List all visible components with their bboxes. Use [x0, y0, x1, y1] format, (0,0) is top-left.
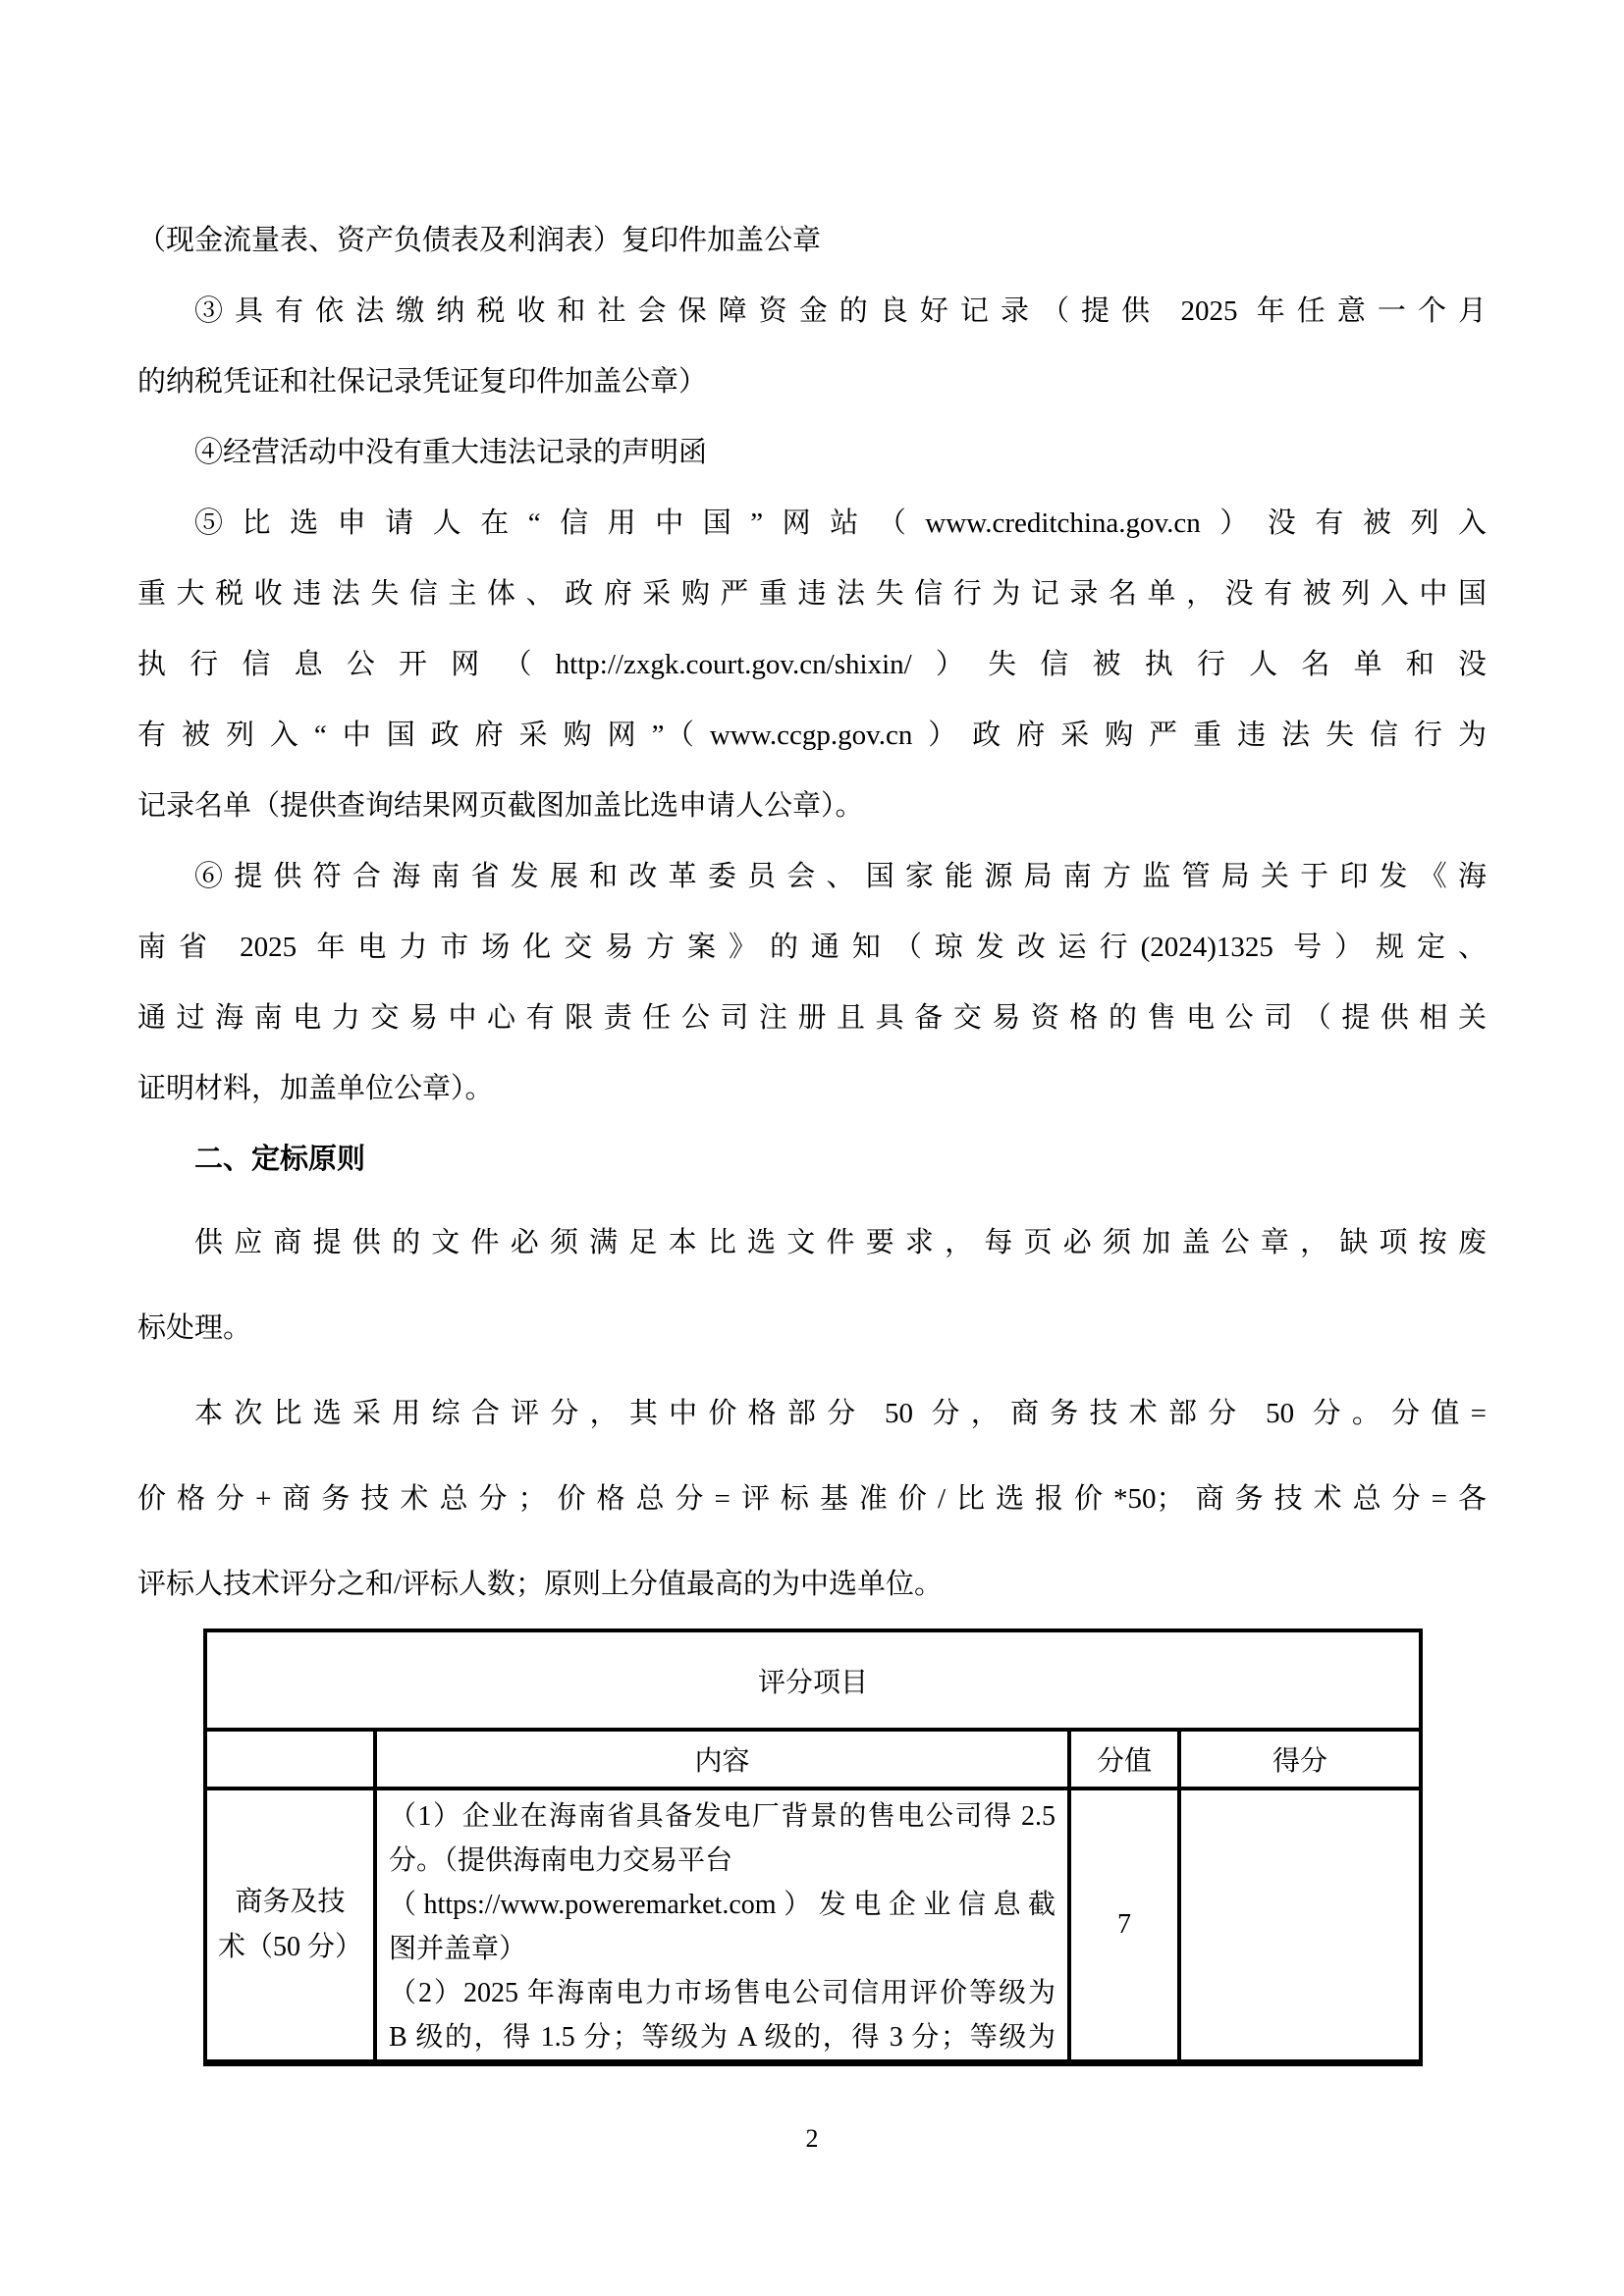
body-section-2: 供应商提供的文件必须满足本比选文件要求，每页必须加盖公章，缺项按废 标处理。 本… — [137, 1201, 1487, 1628]
body-section-1: （现金流量表、资产负债表及利润表）复印件加盖公章 ③具有依法缴纳税收和社会保障资… — [137, 205, 1487, 1195]
content-line: 图并盖章） — [389, 1927, 1056, 1971]
paragraph-line: 南省 2025 年电力市场化交易方案》的通知（琼发改运行(2024)1325 号… — [137, 912, 1487, 983]
content-line: 分。（提供海南电力交易平台 — [389, 1839, 1056, 1883]
section-heading: 二、定标原则 — [137, 1124, 1487, 1195]
table-title: 评分项目 — [205, 1630, 1421, 1730]
paragraph-line: 有被列入“中国政府采购网”（www.ccgp.gov.cn）政府采购严重违法失信… — [137, 700, 1487, 771]
paragraph-line: ④经营活动中没有重大违法记录的声明函 — [137, 417, 1487, 488]
earned-cell — [1179, 1789, 1421, 2063]
paragraph-line: 重大税收违法失信主体、政府采购严重违法失信行为记录名单，没有被列入中国 — [137, 559, 1487, 629]
column-header-content: 内容 — [375, 1730, 1069, 1789]
paragraph-line: （现金流量表、资产负债表及利润表）复印件加盖公章 — [137, 205, 1487, 276]
paragraph-line: 的纳税凭证和社保记录凭证复印件加盖公章） — [137, 347, 1487, 417]
category-line: 商务及技 — [207, 1880, 373, 1925]
table-header-row: 内容 分值 得分 — [205, 1730, 1421, 1789]
document-page: （现金流量表、资产负债表及利润表）复印件加盖公章 ③具有依法缴纳税收和社会保障资… — [0, 0, 1624, 2296]
paragraph-line: 本次比选采用综合评分，其中价格部分 50 分，商务技术部分 50 分。分值= — [137, 1371, 1487, 1457]
category-cell: 商务及技 术（50 分） — [205, 1789, 375, 2063]
paragraph-line: 标处理。 — [137, 1286, 1487, 1371]
paragraph-line: ⑤比选申请人在“信用中国”网站（www.creditchina.gov.cn）没… — [137, 488, 1487, 559]
column-header-earned: 得分 — [1179, 1730, 1421, 1789]
paragraph-line: 评标人技术评分之和/评标人数；原则上分值最高的为中选单位。 — [137, 1542, 1487, 1628]
content-line: B 级的，得 1.5 分；等级为 A 级的，得 3 分；等级为 — [389, 2015, 1056, 2059]
paragraph-line: 记录名单（提供查询结果网页截图加盖比选申请人公章）。 — [137, 771, 1487, 841]
page-number: 2 — [0, 2123, 1624, 2155]
paragraph-line: ③具有依法缴纳税收和社会保障资金的良好记录（提供 2025 年任意一个月 — [137, 276, 1487, 347]
content-line: （https://www.poweremarket.com）发电企业信息截 — [389, 1883, 1056, 1927]
content-line: （1）企业在海南省具备发电厂背景的售电公司得 2.5 — [389, 1794, 1056, 1839]
table-title-row: 评分项目 — [205, 1630, 1421, 1730]
content-cell: （1）企业在海南省具备发电厂背景的售电公司得 2.5 分。（提供海南电力交易平台… — [375, 1789, 1069, 2063]
paragraph-line: 证明材料，加盖单位公章）。 — [137, 1053, 1487, 1124]
content-text: （1）企业在海南省具备发电厂背景的售电公司得 2.5 分。（提供海南电力交易平台… — [377, 1790, 1067, 2059]
body-text: （现金流量表、资产负债表及利润表）复印件加盖公章 ③具有依法缴纳税收和社会保障资… — [137, 205, 1487, 1628]
table-row: 商务及技 术（50 分） （1）企业在海南省具备发电厂背景的售电公司得 2.5 … — [205, 1789, 1421, 2063]
paragraph-line: ⑥提供符合海南省发展和改革委员会、国家能源局南方监管局关于印发《海 — [137, 841, 1487, 912]
paragraph-line: 供应商提供的文件必须满足本比选文件要求，每页必须加盖公章，缺项按废 — [137, 1201, 1487, 1286]
paragraph-line: 价格分+商务技术总分；价格总分=评标基准价/比选报价*50；商务技术总分=各 — [137, 1457, 1487, 1542]
paragraph-line: 通过海南电力交易中心有限责任公司注册且具备交易资格的售电公司（提供相关 — [137, 983, 1487, 1053]
paragraph-line: 执行信息公开网（http://zxgk.court.gov.cn/shixin/… — [137, 629, 1487, 700]
category-line: 术（50 分） — [207, 1925, 373, 1970]
score-value: 7 — [1069, 1789, 1179, 2063]
column-header-category — [205, 1730, 375, 1789]
scoring-table: 评分项目 内容 分值 得分 商务及技 术（50 分） （1）企业在海南省具备发电… — [203, 1629, 1423, 2066]
content-line: （2）2025 年海南电力市场售电公司信用评价等级为 — [389, 1971, 1056, 2015]
column-header-score: 分值 — [1069, 1730, 1179, 1789]
